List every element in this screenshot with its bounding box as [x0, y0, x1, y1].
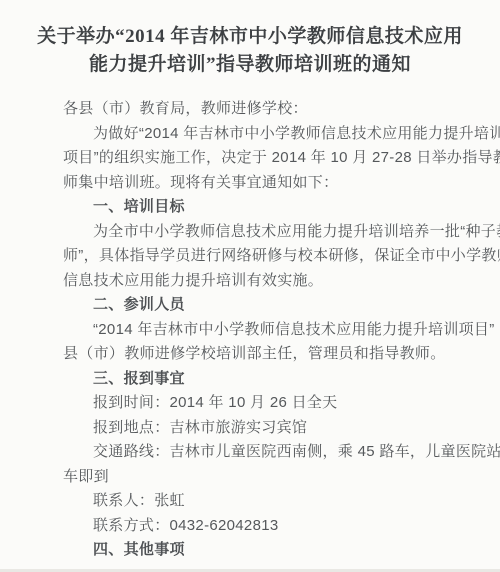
traffic-route-line-2: 车即到	[63, 465, 444, 490]
intro-line-2: 项目”的组织实施工作，决定于 2014 年 10 月 27-28 日举办指导教	[63, 146, 444, 171]
section-2-heading: 二、参训人员	[63, 293, 444, 318]
contact-phone-line: 联系方式：0432-62042813	[63, 514, 444, 539]
registration-place-line: 报到地点：吉林市旅游实习宾馆	[63, 416, 444, 441]
notice-document-page: 关于举办“2014 年吉林市中小学教师信息技术应用 能力提升培训”指导教师培训班…	[0, 0, 500, 572]
section-4-heading: 四、其他事项	[63, 538, 444, 563]
section-3-heading: 三、报到事宜	[63, 367, 444, 392]
notice-title-line-2: 能力提升培训”指导教师培训班的通知	[0, 51, 500, 79]
intro-line-1: 为做好“2014 年吉林市中小学教师信息技术应用能力提升培训	[63, 122, 444, 147]
traffic-route-line-1: 交通路线：吉林市儿童医院西南侧，乘 45 路车，儿童医院站下	[63, 440, 444, 465]
intro-line-3: 师集中培训班。现将有关事宜通知如下：	[63, 171, 444, 196]
notice-title-line-1: 关于举办“2014 年吉林市中小学教师信息技术应用	[0, 23, 500, 51]
registration-time-line: 报到时间：2014 年 10 月 26 日全天	[63, 391, 444, 416]
notice-body: 各县（市）教育局，教师进修学校： 为做好“2014 年吉林市中小学教师信息技术应…	[0, 79, 500, 563]
section-2-line-1: “2014 年吉林市中小学教师信息技术应用能力提升培训项目”	[63, 318, 444, 343]
section-1-line-1: 为全市中小学教师信息技术应用能力提升培训培养一批“种子教	[63, 220, 444, 245]
notice-title: 关于举办“2014 年吉林市中小学教师信息技术应用 能力提升培训”指导教师培训班…	[0, 0, 500, 79]
section-2-line-2: 县（市）教师进修学校培训部主任，管理员和指导教师。	[63, 342, 444, 367]
contact-person-line: 联系人：张虹	[63, 489, 444, 514]
section-1-line-3: 信息技术应用能力提升培训有效实施。	[63, 269, 444, 294]
salutation-line: 各县（市）教育局，教师进修学校：	[63, 97, 444, 122]
section-1-heading: 一、培训目标	[63, 195, 444, 220]
section-1-line-2: 师”，具体指导学员进行网络研修与校本研修，保证全市中小学教师	[63, 244, 444, 269]
